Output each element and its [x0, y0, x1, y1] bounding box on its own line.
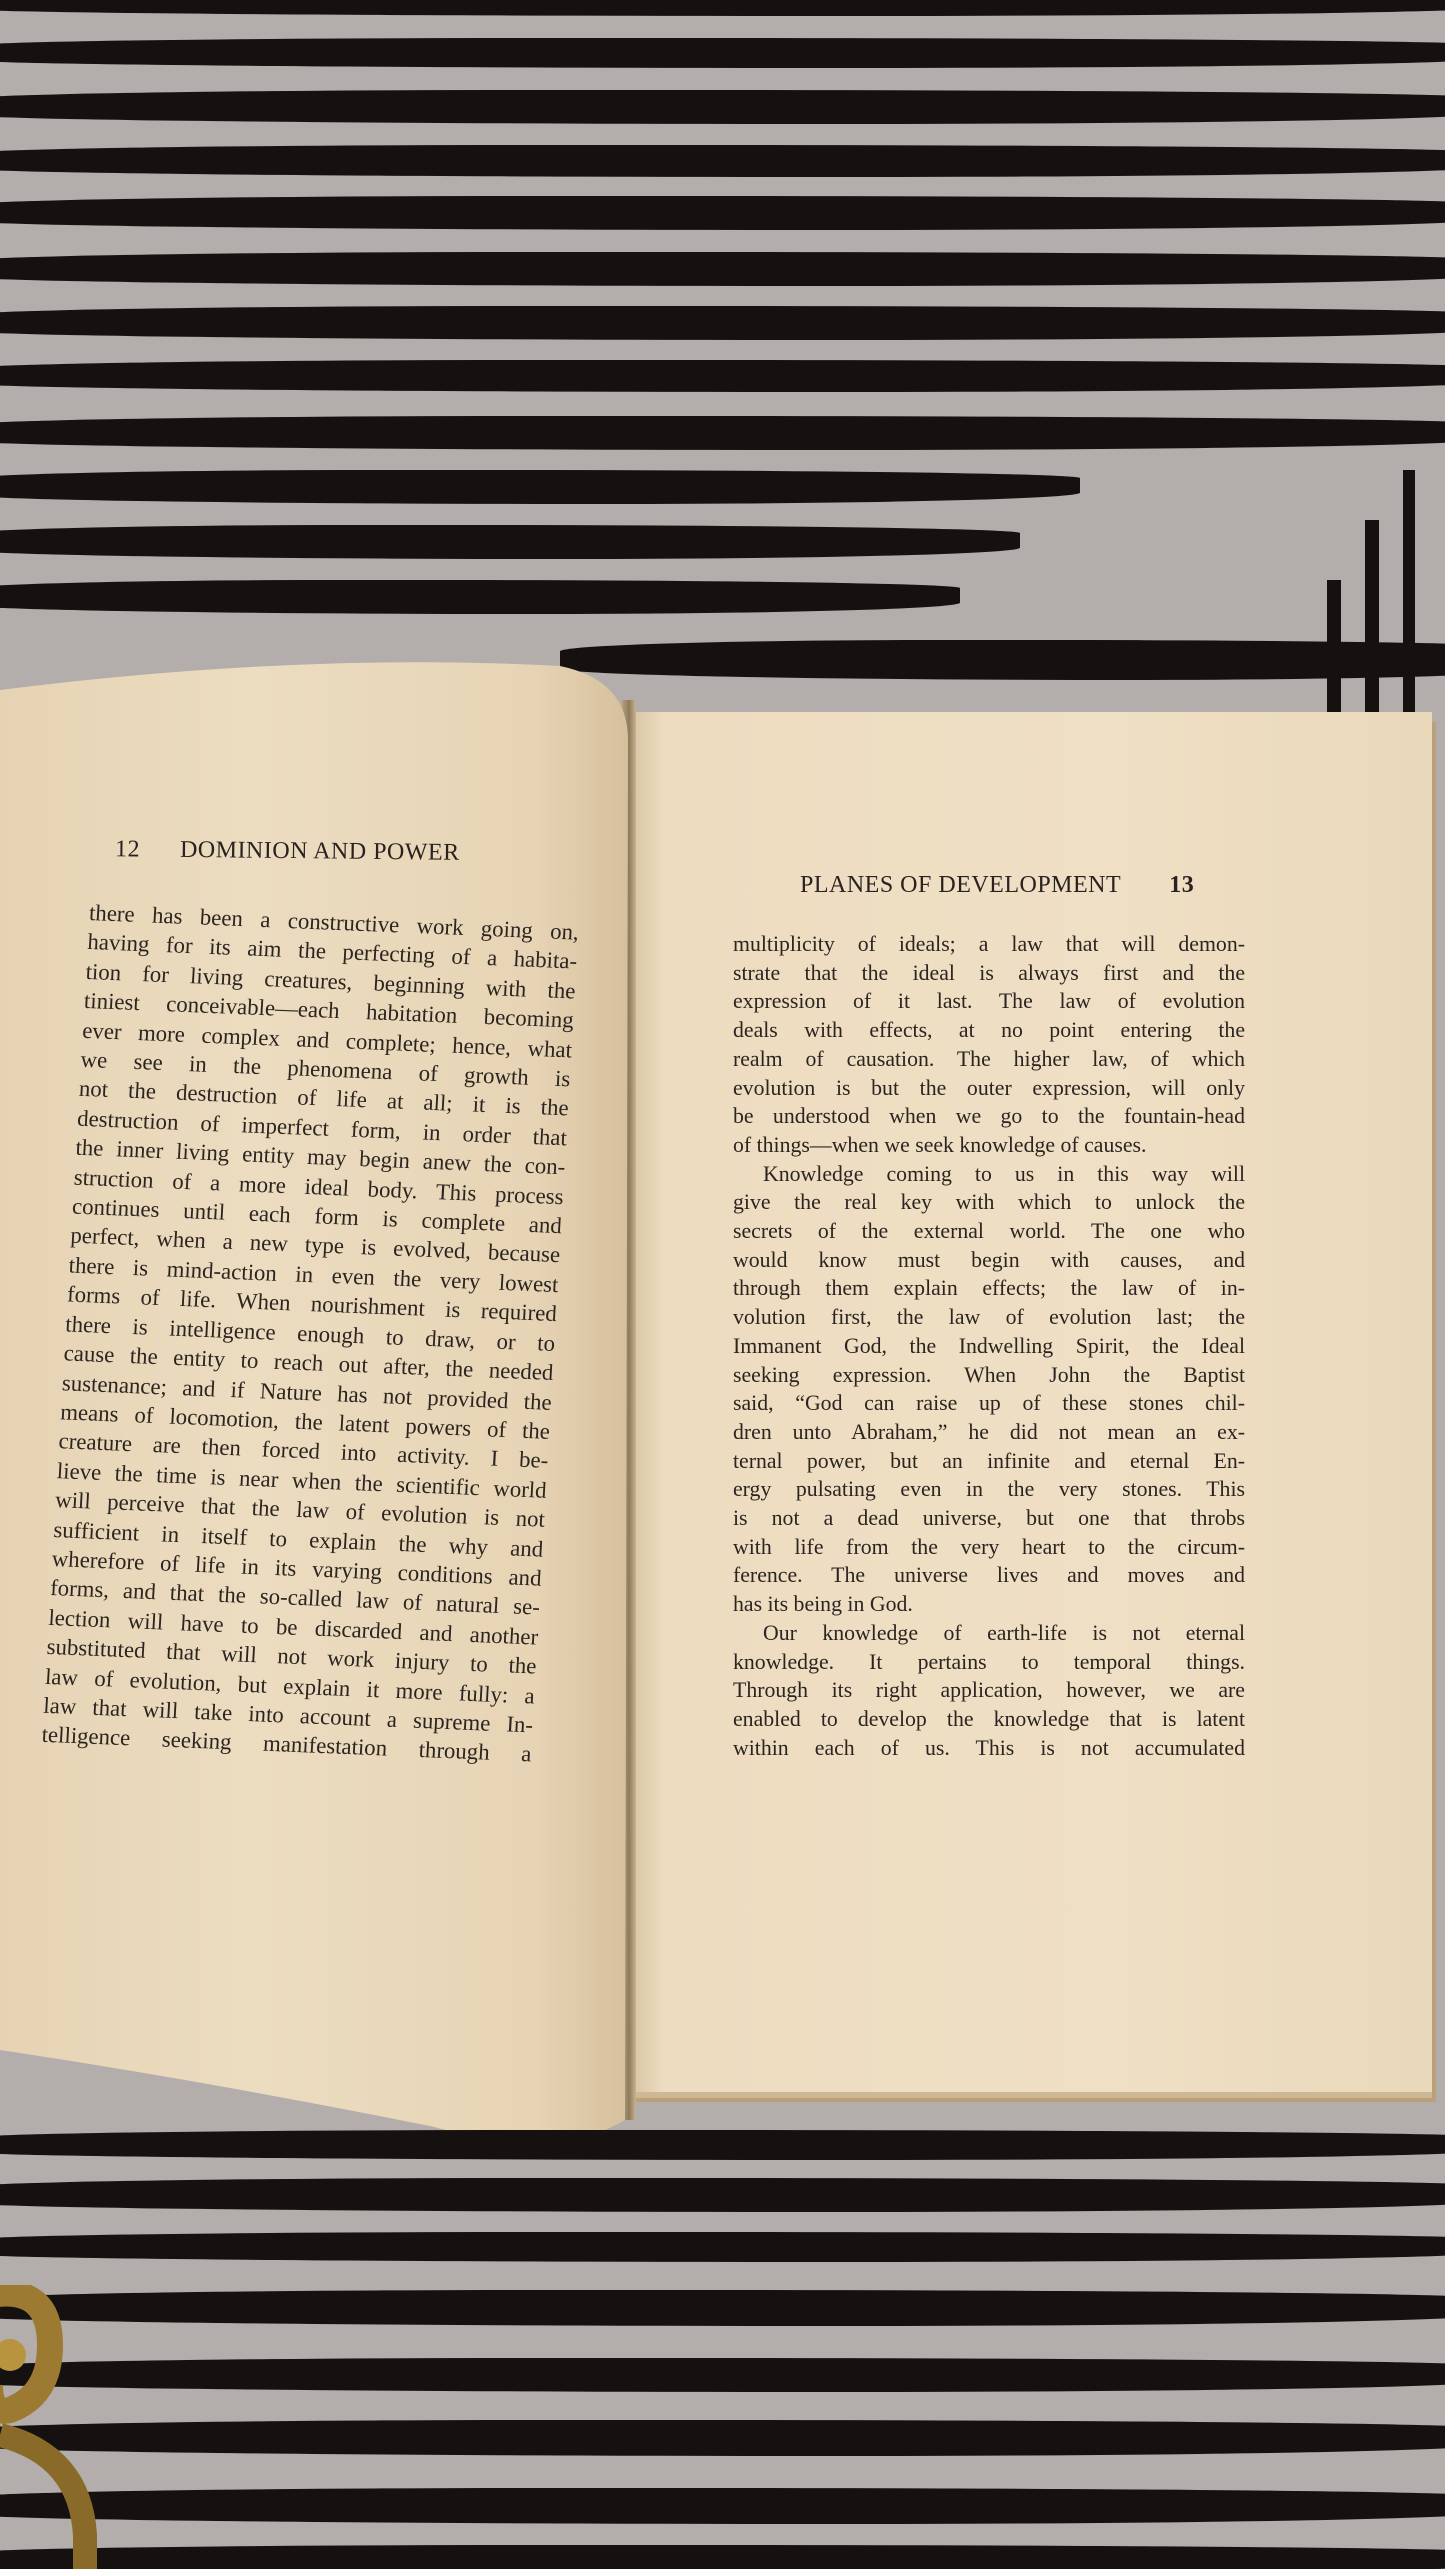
right-running-head: PLANES OF DEVELOPMENT 13 [800, 872, 1194, 899]
text-line: strate that the ideal is always first an… [733, 959, 1245, 988]
text-line: Immanent God, the Indwelling Spirit, the… [733, 1332, 1245, 1361]
right-page-number: 13 [1169, 872, 1194, 899]
text-line: be understood when we go to the fountain… [733, 1102, 1245, 1131]
left-running-title: DOMINION AND POWER [180, 837, 460, 867]
paragraph-end-line: has its being in God. [733, 1590, 1245, 1619]
text-line: realm of causation. The higher law, of w… [733, 1045, 1245, 1074]
text-line: multiplicity of ideals; a law that will … [733, 930, 1245, 959]
text-line: seeking expression. When John the Baptis… [733, 1361, 1245, 1390]
paragraph-start-line: Our knowledge of earth-life is not etern… [733, 1619, 1245, 1648]
text-line: enabled to develop the knowledge that is… [733, 1705, 1245, 1734]
text-line: would know must begin with causes, and [733, 1246, 1245, 1275]
text-line: give the real key with which to unlock t… [733, 1188, 1245, 1217]
text-line: within each of us. This is not accumulat… [733, 1734, 1245, 1763]
text-line: expression of it last. The law of evolut… [733, 987, 1245, 1016]
text-line: through them explain effects; the law of… [733, 1274, 1245, 1303]
text-line: is not a dead universe, but one that thr… [733, 1504, 1245, 1533]
left-page-number: 12 [115, 836, 140, 863]
text-line: ergy pulsating even in the very stones. … [733, 1475, 1245, 1504]
text-line: knowledge. It pertains to temporal thing… [733, 1648, 1245, 1677]
left-running-head: 12 DOMINION AND POWER [115, 836, 460, 867]
text-line: deals with effects, at no point entering… [733, 1016, 1245, 1045]
paragraph-start-line: Knowledge coming to us in this way will [733, 1160, 1245, 1189]
text-line: Through its right application, however, … [733, 1676, 1245, 1705]
text-line: with life from the very heart to the cir… [733, 1533, 1245, 1562]
text-line: secrets of the external world. The one w… [733, 1217, 1245, 1246]
text-line: volution first, the law of evolution las… [733, 1303, 1245, 1332]
text-line: evolution is but the outer expression, w… [733, 1074, 1245, 1103]
text-line: ference. The universe lives and moves an… [733, 1561, 1245, 1590]
text-line: ternal power, but an infinite and eterna… [733, 1447, 1245, 1476]
right-page-text: multiplicity of ideals; a law that will … [733, 930, 1245, 1762]
left-page-text: there has been a constructive work going… [41, 898, 580, 1769]
open-book: 12 DOMINION AND POWER there has been a c… [0, 0, 1445, 2569]
paragraph-end-line: of things—when we seek knowledge of caus… [733, 1131, 1245, 1160]
text-line: said, “God can raise up of these stones … [733, 1389, 1245, 1418]
right-running-title: PLANES OF DEVELOPMENT [800, 872, 1121, 899]
text-line: dren unto Abraham,” he did not mean an e… [733, 1418, 1245, 1447]
